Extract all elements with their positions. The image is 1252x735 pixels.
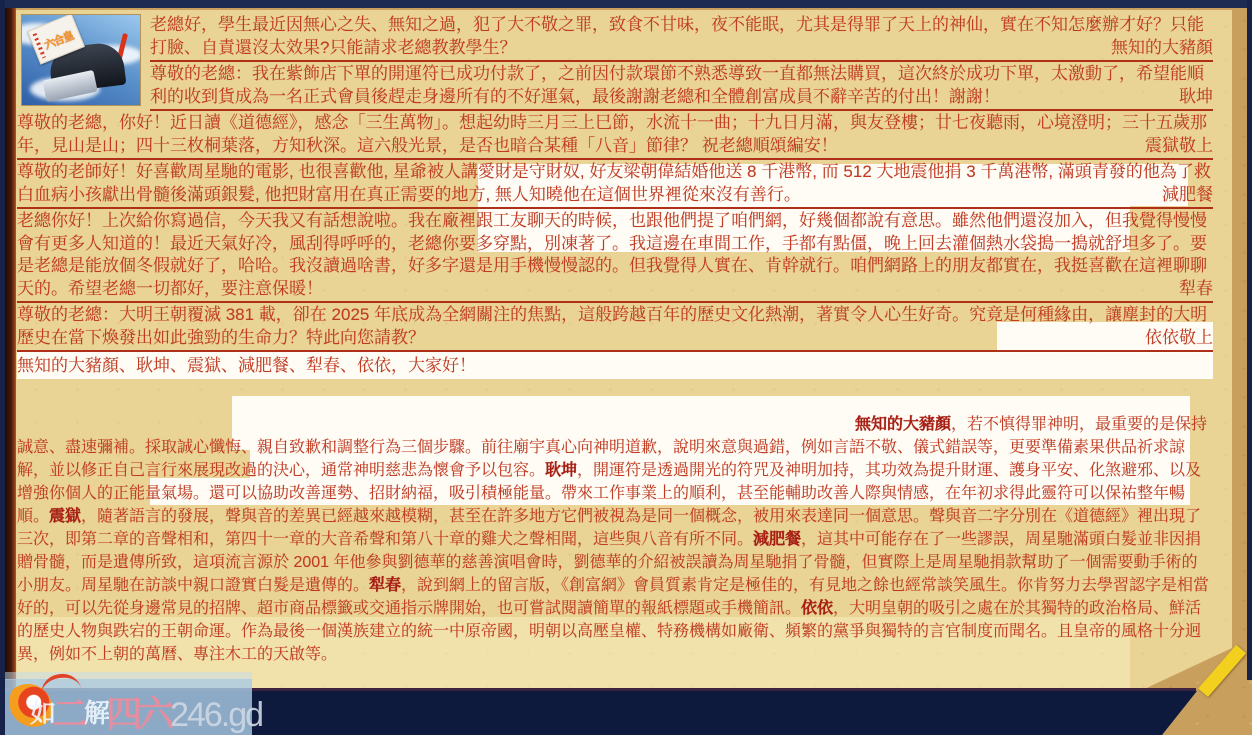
letter-signature: 依依敬上 (1131, 327, 1213, 350)
letter-1: 老總好，學生最近因無心之失、無知之過，犯了大不敬之罪，致食不甘味，夜不能眠，尤其… (150, 13, 1213, 62)
letter-body: 尊敬的老總：大明王朝覆滅 381 載，卻在 2025 年底成為全網關注的焦點，這… (17, 305, 1207, 347)
left-navy-edge (0, 0, 5, 735)
letter-6: 尊敬的老總：大明王朝覆滅 381 載，卻在 2025 年底成為全網關注的焦點，這… (17, 303, 1213, 352)
letter-4: 尊敬的老師好！好喜歡周星馳的電影, 也很喜歡他, 星爺被人講愛財是守財奴, 好友… (17, 160, 1213, 209)
letter-signature: 犁春 (1165, 278, 1213, 301)
left-border-strip (5, 6, 16, 691)
letter-3: 尊敬的老總，你好！近日讀《道德經》，感念「三生萬物」。想起幼時三月三上巳節，水流… (17, 111, 1213, 160)
reply-greeting-line: 無知的大豬顏、耿坤、震獄、減肥餐、犁春、依依，大家好！ (17, 352, 1213, 380)
reply-paragraph: 無知的大豬顏，若不慎得罪神明，最重要的是保持誠意、盡速彌補。採取誠心懺悔、親自致… (17, 413, 1213, 666)
letter-body: 尊敬的老總，你好！近日讀《道德經》，感念「三生萬物」。想起幼時三月三上巳節，水流… (17, 113, 1207, 155)
letter-body: 老總好，學生最近因無心之失、無知之過，犯了大不敬之罪，致食不甘味，夜不能眠，尤其… (150, 15, 1204, 57)
letter-5: 老總你好！上次給你寫過信，今天我又有話想說啦。我在廠裡跟工友聊天的時候，也跟他們… (17, 209, 1213, 303)
mailbox-logo-image: 六合皇 (22, 15, 140, 105)
letters-page: 六合皇 老總好，學生最近因無心之失、無知之過，犯了大不敬之罪，致食不甘味，夜不能… (0, 0, 1252, 735)
letter-signature: 耿坤 (1165, 86, 1213, 109)
letter-signature: 減肥餐 (1148, 184, 1213, 207)
letter-body: 尊敬的老總：我在紫飾店下單的開運符已成功付款了，之前因付款環節不熟悉導致一直都無… (150, 64, 1204, 106)
watermark-text: 如二解四六246.gd (30, 686, 262, 735)
letter-body: 尊敬的老師好！好喜歡周星馳的電影, 也很喜歡他, 星爺被人講愛財是守財奴, 好友… (17, 162, 1211, 204)
letter-signature: 震獄敬上 (1131, 135, 1213, 158)
letters-column: 六合皇 老總好，學生最近因無心之失、無知之過，犯了大不敬之罪，致食不甘味，夜不能… (17, 13, 1213, 666)
right-navy-edge (1247, 0, 1252, 680)
letter-body: 老總你好！上次給你寫過信，今天我又有話想說啦。我在廠裡跟工友聊天的時候，也跟他們… (17, 211, 1207, 298)
letter-signature: 無知的大豬顏 (1097, 37, 1213, 60)
top-navy-bar (0, 0, 1252, 8)
letter-2: 尊敬的老總：我在紫飾店下單的開運符已成功付款了，之前因付款環節不熟悉導致一直都無… (150, 62, 1213, 111)
